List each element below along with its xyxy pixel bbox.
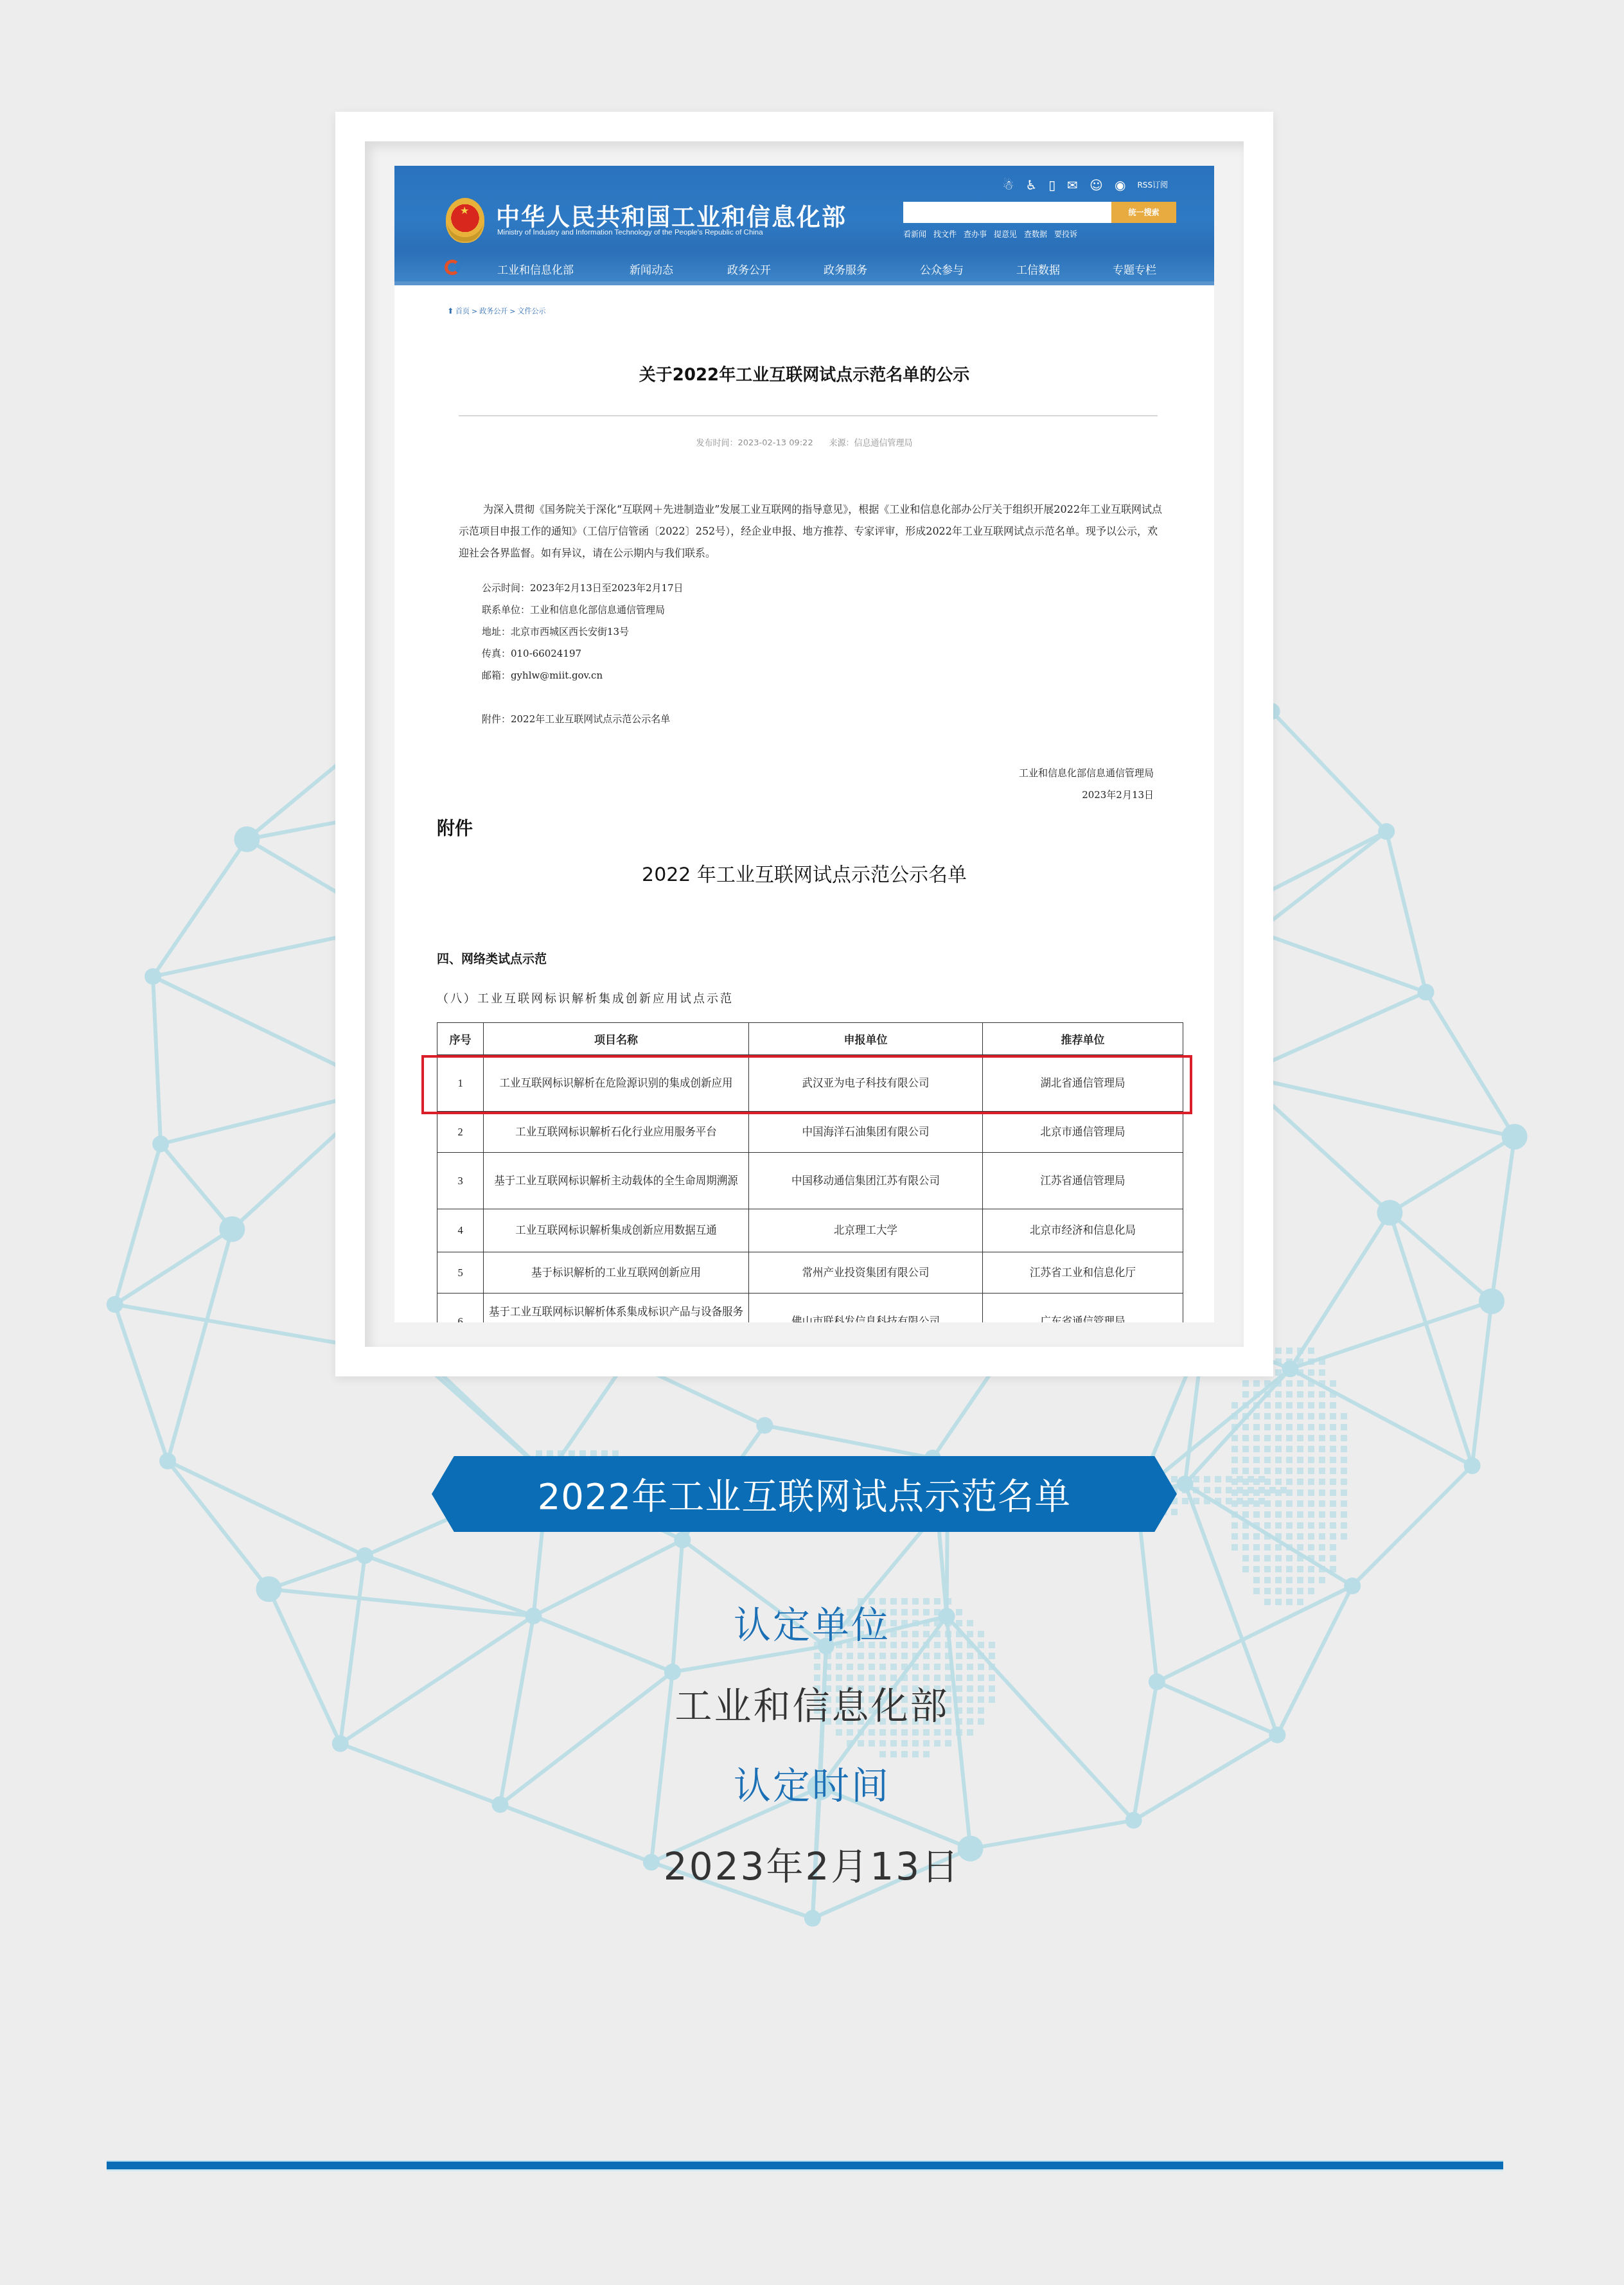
cell-index: 4 xyxy=(437,1209,484,1252)
screenshot-frame: ★ 中华人民共和国工业和信息化部 Ministry of Industry an… xyxy=(335,112,1273,1376)
cell-index: 2 xyxy=(437,1112,484,1153)
signature-org: 工业和信息化部信息通信管理局 xyxy=(1019,762,1154,784)
header-applicant: 申报单位 xyxy=(749,1023,983,1055)
cell-index: 3 xyxy=(437,1153,484,1209)
breadcrumb: ⬆ 首页 > 政务公开 > 文件公示 xyxy=(447,306,546,316)
quick-link-feedback[interactable]: 提意见 xyxy=(994,229,1017,240)
cell-project-name: 基于工业互联网标识解析主动载体的全生命周期溯源 xyxy=(484,1153,749,1209)
nav-item-data[interactable]: 工信数据 xyxy=(1016,261,1060,277)
cell-applicant: 中国海洋石油集团有限公司 xyxy=(749,1112,983,1153)
cell-recommender: 广东省通信管理局 xyxy=(983,1294,1183,1323)
contact-email: 邮箱：gyhlw@miit.gov.cn xyxy=(482,664,684,686)
breadcrumb-separator: > xyxy=(472,307,477,316)
contact-fax: 传真：010-66024197 xyxy=(482,643,684,664)
cell-recommender: 北京市通信管理局 xyxy=(983,1112,1183,1153)
cell-project-name: 基于标识解析的工业互联网创新应用 xyxy=(484,1252,749,1294)
site-header: ★ 中华人民共和国工业和信息化部 Ministry of Industry an… xyxy=(394,166,1214,285)
cert-time-label: 认定时间 xyxy=(0,1756,1624,1809)
breadcrumb-file-notice[interactable]: 文件公示 xyxy=(518,306,546,316)
site-title[interactable]: 中华人民共和国工业和信息化部 xyxy=(496,198,847,233)
quick-link-files[interactable]: 找文件 xyxy=(933,229,957,240)
quick-link-data[interactable]: 查数据 xyxy=(1024,229,1047,240)
cell-applicant: 中国移动通信集团江苏有限公司 xyxy=(749,1153,983,1209)
search-button[interactable]: 统一搜索 xyxy=(1111,202,1176,223)
search-box: 统一搜索 xyxy=(903,202,1176,223)
footer-bar xyxy=(107,2162,1503,2169)
banner-title: 2022年工业互联网试点示范名单 xyxy=(538,1468,1072,1520)
breadcrumb-home[interactable]: 首页 xyxy=(455,306,470,316)
nav-item-special-topics[interactable]: 专题专栏 xyxy=(1113,261,1156,277)
signature-date: 2023年2月13日 xyxy=(1019,784,1154,806)
annex-label: 附件 xyxy=(437,815,473,840)
nav-item-news[interactable]: 新闻动态 xyxy=(630,261,673,277)
article-body: 为深入贯彻《国务院关于深化“互联网＋先进制造业”发展工业互联网的指导意见》，根据… xyxy=(459,499,1165,564)
notice-period: 公示时间：2023年2月13日至2023年2月17日 xyxy=(482,577,684,599)
contact-address: 地址：北京市西城区西长安街13号 xyxy=(482,621,684,643)
nav-item-public-participation[interactable]: 公众参与 xyxy=(920,261,964,277)
cell-project-name: 工业互联网标识解析石化行业应用服务平台 xyxy=(484,1112,749,1153)
site-subtitle: Ministry of Industry and Information Tec… xyxy=(497,229,763,236)
mail-icon[interactable]: ✉ xyxy=(1067,179,1078,191)
cell-recommender: 湖北省通信管理局 xyxy=(983,1055,1183,1112)
cert-time-value: 2023年2月13日 xyxy=(0,1836,1624,1890)
cell-project-name: 基于工业互联网标识解析体系集成标识产品与设备服务平台的双碳创新应用 xyxy=(484,1294,749,1323)
cell-recommender: 江苏省通信管理局 xyxy=(983,1153,1183,1209)
cell-recommender: 江苏省工业和信息化厅 xyxy=(983,1252,1183,1294)
webpage-screenshot: ★ 中华人民共和国工业和信息化部 Ministry of Industry an… xyxy=(394,166,1214,1322)
pilot-list-table: 序号 项目名称 申报单位 推荐单位 1工业互联网标识解析在危险源识别的集成创新应… xyxy=(437,1022,1183,1322)
frame-mat: ★ 中华人民共和国工业和信息化部 Ministry of Industry an… xyxy=(365,141,1244,1347)
cell-project-name: 工业互联网标识解析集成创新应用数据互通 xyxy=(484,1209,749,1252)
attachment-link[interactable]: 附件：2022年工业互联网试点示范公示名单 xyxy=(482,708,684,730)
rss-subscribe-link[interactable]: RSS订阅 xyxy=(1137,181,1168,189)
header-project-name: 项目名称 xyxy=(484,1023,749,1055)
signature: 工业和信息化部信息通信管理局 2023年2月13日 xyxy=(1019,762,1154,806)
table-row: 4工业互联网标识解析集成创新应用数据互通北京理工大学北京市经济和信息化局 xyxy=(437,1209,1183,1252)
nav-item-government-affairs[interactable]: 政务公开 xyxy=(727,261,771,277)
cell-recommender: 北京市经济和信息化局 xyxy=(983,1209,1183,1252)
header-index: 序号 xyxy=(437,1023,484,1055)
breadcrumb-government-affairs[interactable]: 政务公开 xyxy=(479,306,507,316)
cell-index: 1 xyxy=(437,1055,484,1112)
notice-info: 公示时间：2023年2月13日至2023年2月17日 联系单位：工业和信息化部信… xyxy=(482,577,684,730)
header-recommender: 推荐单位 xyxy=(983,1023,1183,1055)
cell-applicant: 北京理工大学 xyxy=(749,1209,983,1252)
cell-applicant: 武汉亚为电子科技有限公司 xyxy=(749,1055,983,1112)
government-e-logo-icon xyxy=(445,260,460,275)
subsection-heading: （八）工业互联网标识解析集成创新应用试点示范 xyxy=(437,990,734,1006)
table-row: 5基于标识解析的工业互联网创新应用常州产业投资集团有限公司江苏省工业和信息化厅 xyxy=(437,1252,1183,1294)
nav-item-government-services[interactable]: 政务服务 xyxy=(824,261,867,277)
quick-links: 看新闻 找文件 查办事 提意见 查数据 要投诉 xyxy=(903,229,1077,240)
table-row-highlighted: 1工业互联网标识解析在危险源识别的集成创新应用武汉亚为电子科技有限公司湖北省通信… xyxy=(437,1055,1183,1112)
mobile-icon[interactable]: ▯ xyxy=(1048,179,1055,191)
article-title: 关于2022年工业互联网试点示范名单的公示 xyxy=(394,362,1214,386)
top-utility-icons: ☃ ♿ ▯ ✉ ☺ ◉ RSS订阅 xyxy=(1002,179,1168,191)
title-banner: 2022年工业互联网试点示范名单 xyxy=(432,1456,1177,1532)
main-nav: 工业和信息化部 新闻动态 政务公开 政务服务 公众参与 工信数据 专题专栏 xyxy=(394,256,1214,281)
cert-unit-value: 工业和信息化部 xyxy=(0,1676,1624,1730)
robot-assistant-icon[interactable]: ☃ xyxy=(1002,179,1014,191)
cell-project-name: 工业互联网标识解析在危险源识别的集成创新应用 xyxy=(484,1055,749,1112)
weibo-icon[interactable]: ◉ xyxy=(1115,179,1125,191)
cell-index: 5 xyxy=(437,1252,484,1294)
table-row: 6基于工业互联网标识解析体系集成标识产品与设备服务平台的双碳创新应用佛山市联科发… xyxy=(437,1294,1183,1323)
search-input[interactable] xyxy=(903,202,1111,223)
annex-title: 2022 年工业互联网试点示范公示名单 xyxy=(394,858,1214,887)
table-header-row: 序号 项目名称 申报单位 推荐单位 xyxy=(437,1023,1183,1055)
quick-link-complaint[interactable]: 要投诉 xyxy=(1054,229,1077,240)
cert-unit-label: 认定单位 xyxy=(0,1595,1624,1649)
quick-link-news[interactable]: 看新闻 xyxy=(903,229,926,240)
title-divider xyxy=(459,415,1158,416)
nav-item-ministry[interactable]: 工业和信息化部 xyxy=(497,261,574,277)
wechat-icon[interactable]: ☺ xyxy=(1090,179,1103,191)
cell-applicant: 常州产业投资集团有限公司 xyxy=(749,1252,983,1294)
table-row: 2工业互联网标识解析石化行业应用服务平台中国海洋石油集团有限公司北京市通信管理局 xyxy=(437,1112,1183,1153)
quick-link-services[interactable]: 查办事 xyxy=(964,229,987,240)
cell-index: 6 xyxy=(437,1294,484,1323)
article-meta: 发布时间：2023-02-13 09:22 来源：信息通信管理局 xyxy=(394,436,1214,448)
contact-unit: 联系单位：工业和信息化部信息通信管理局 xyxy=(482,599,684,621)
home-icon: ⬆ xyxy=(447,307,454,316)
breadcrumb-separator: > xyxy=(509,307,515,316)
cell-applicant: 佛山市联科发信息科技有限公司 xyxy=(749,1294,983,1323)
section-heading: 四、网络类试点示范 xyxy=(437,950,547,967)
accessibility-icon[interactable]: ♿ xyxy=(1025,179,1037,191)
national-emblem-icon: ★ xyxy=(446,198,484,243)
table-row: 3基于工业互联网标识解析主动载体的全生命周期溯源中国移动通信集团江苏有限公司江苏… xyxy=(437,1153,1183,1209)
